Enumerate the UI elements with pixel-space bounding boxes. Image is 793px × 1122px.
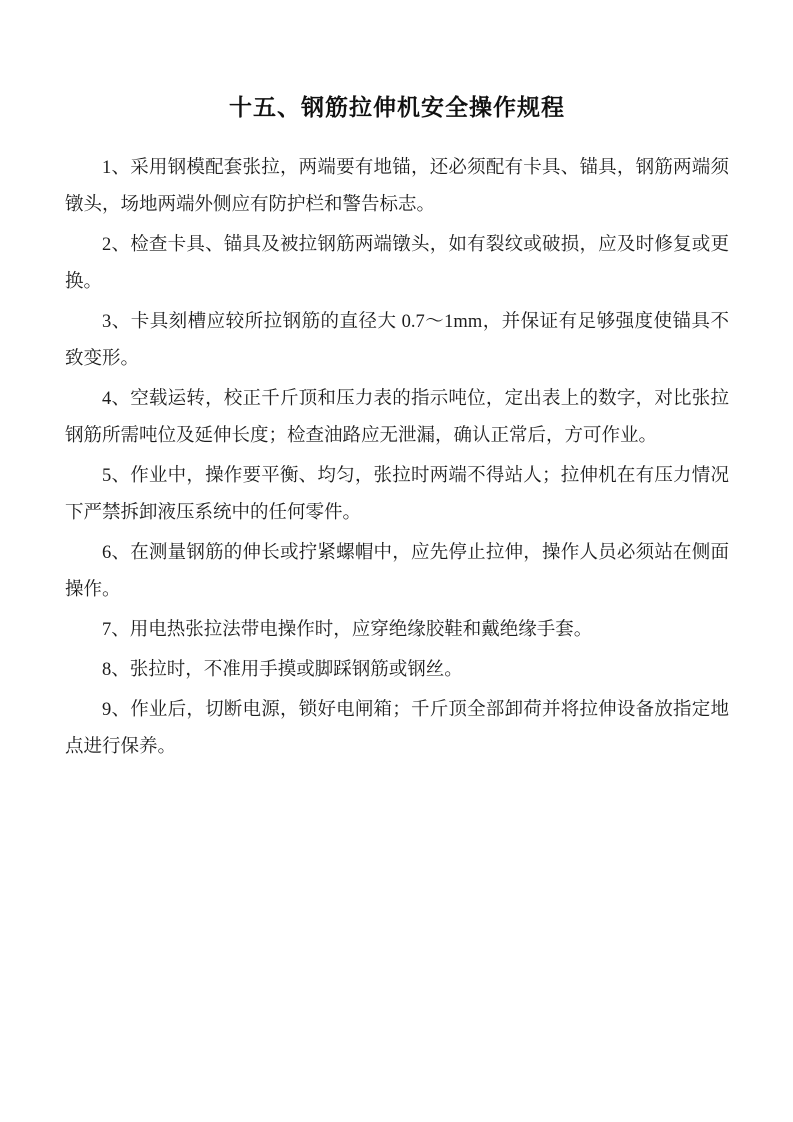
document-body: 1、采用钢模配套张拉，两端要有地锚，还必须配有卡具、锚具，钢筋两端须镦头，场地两… [65, 150, 729, 766]
document-title: 十五、钢筋拉伸机安全操作规程 [65, 92, 729, 122]
regulation-item-2: 2、检查卡具、锚具及被拉钢筋两端镦头，如有裂纹或破损，应及时修复或更换。 [65, 227, 729, 301]
regulation-item-7: 7、用电热张拉法带电操作时，应穿绝缘胶鞋和戴绝缘手套。 [65, 612, 729, 649]
regulation-item-8: 8、张拉时，不准用手摸或脚踩钢筋或钢丝。 [65, 652, 729, 689]
regulation-item-5: 5、作业中，操作要平衡、均匀，张拉时两端不得站人；拉伸机在有压力情况下严禁拆卸液… [65, 458, 729, 532]
regulation-item-4: 4、空载运转，校正千斤顶和压力表的指示吨位，定出表上的数字，对比张拉钢筋所需吨位… [65, 381, 729, 455]
regulation-item-1: 1、采用钢模配套张拉，两端要有地锚，还必须配有卡具、锚具，钢筋两端须镦头，场地两… [65, 150, 729, 224]
regulation-item-3: 3、卡具刻槽应较所拉钢筋的直径大 0.7～1mm，并保证有足够强度使锚具不致变形… [65, 304, 729, 378]
regulation-item-9: 9、作业后，切断电源，锁好电闸箱；千斤顶全部卸荷并将拉伸设备放指定地点进行保养。 [65, 692, 729, 766]
regulation-item-6: 6、在测量钢筋的伸长或拧紧螺帽中，应先停止拉伸，操作人员必须站在侧面操作。 [65, 535, 729, 609]
document-page: 十五、钢筋拉伸机安全操作规程 1、采用钢模配套张拉，两端要有地锚，还必须配有卡具… [0, 0, 793, 1122]
